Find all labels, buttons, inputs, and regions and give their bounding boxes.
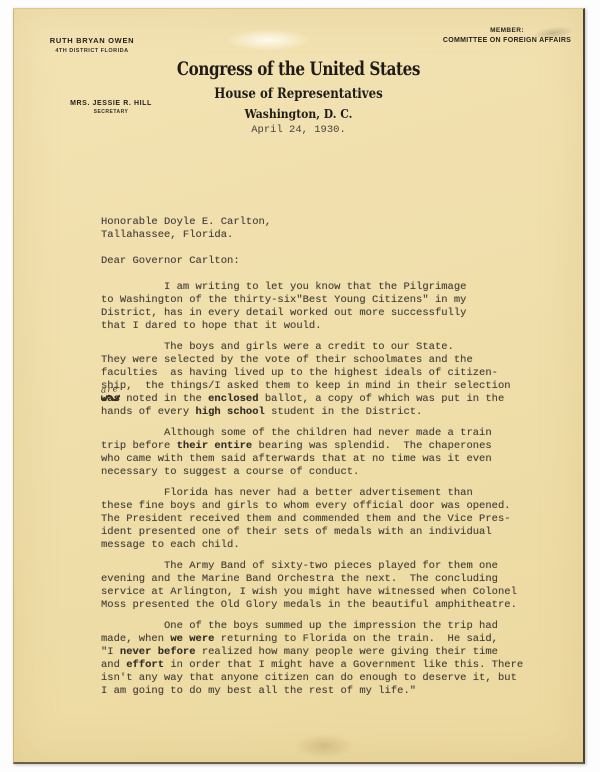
letter-body: Honorable Doyle E. Carlton,Tallahassee, … (101, 216, 546, 698)
typed-line: They were selected by the vote of their … (101, 354, 546, 367)
letterhead-heading: Congress of the United States House of R… (14, 57, 583, 137)
typed-line: I am writing to let you know that the Pi… (101, 281, 546, 294)
paragraph: I am writing to let you know that the Pi… (101, 281, 546, 333)
typed-line: Florida has never had a better advertise… (101, 487, 546, 500)
typed-line: I am going to do my best all the rest of… (101, 685, 546, 698)
typed-line: District, has in every detail worked out… (101, 307, 546, 320)
typed-line: trip before their entire bearing was spl… (101, 440, 546, 453)
typed-line: that I dared to hope that it would. (101, 320, 546, 333)
typed-line: made, when we were returning to Florida … (101, 633, 546, 646)
typed-line: ship, the things/I asked them to keep in… (101, 380, 546, 393)
typed-line: these fine boys and girls to whom every … (101, 500, 546, 513)
address-block: Honorable Doyle E. Carlton,Tallahassee, … (101, 216, 546, 242)
congress-title: Congress of the United States (71, 57, 526, 81)
correction: arewas (101, 393, 120, 406)
representative-name: RUTH BRYAN OWEN (22, 36, 162, 45)
letterhead-representative-block: RUTH BRYAN OWEN 4th District Florida (22, 36, 162, 54)
typed-line: service at Arlington, I wish you might h… (101, 586, 546, 599)
typed-line: who came with them said afterwards that … (101, 453, 546, 466)
typed-line: faculties as having lived up to the high… (101, 367, 546, 380)
paragraphs: I am writing to let you know that the Pi… (101, 281, 546, 698)
typed-line: One of the boys summed up the impression… (101, 620, 546, 633)
salutation: Dear Governor Carlton: (101, 255, 546, 268)
typed-line: The Army Band of sixty-two pieces played… (101, 560, 546, 573)
typed-line: Although some of the children had never … (101, 427, 546, 440)
address-line: Honorable Doyle E. Carlton, (101, 216, 546, 229)
paragraph: Although some of the children had never … (101, 427, 546, 479)
paragraph: The boys and girls were a credit to our … (101, 341, 546, 419)
house-subtitle: House of Representatives (60, 84, 538, 104)
paper-glare-spot (226, 29, 311, 51)
bottom-smudge (294, 734, 354, 758)
handwritten-insertion: are (100, 383, 119, 398)
paragraph: One of the boys summed up the impression… (101, 620, 546, 698)
typed-line: and effort in order that I might have a … (101, 659, 546, 672)
typed-line: hands of every high school student in th… (101, 406, 546, 419)
typed-line: to Washington of the thirty-six"Best You… (101, 294, 546, 307)
representative-district: 4th District Florida (22, 48, 162, 54)
typed-line: The President received them and commende… (101, 513, 546, 526)
paragraph: The Army Band of sixty-two pieces played… (101, 560, 546, 612)
typed-line: The boys and girls were a credit to our … (101, 341, 546, 354)
paragraph: Florida has never had a better advertise… (101, 487, 546, 552)
committee-name: COMMITTEE ON FOREIGN AFFAIRS (434, 37, 580, 44)
typed-line: evening and the Marine Band Orchestra th… (101, 573, 546, 586)
typed-line: Moss presented the Old Glory medals in t… (101, 599, 546, 612)
typed-line: message to each child. (101, 539, 546, 552)
letter-paper: RUTH BRYAN OWEN 4th District Florida Mrs… (13, 8, 585, 764)
typed-line: ident presented one of their sets of med… (101, 526, 546, 539)
typed-line: arewas noted in the enclosed ballot, a c… (101, 393, 546, 406)
letterhead-committee-block: MEMBER: COMMITTEE ON FOREIGN AFFAIRS (434, 27, 580, 44)
typed-line: necessary to suggest a course of conduct… (101, 466, 546, 479)
member-label: MEMBER: (434, 27, 580, 34)
typed-line: "I never before realized how many people… (101, 646, 546, 659)
city-line: Washington, D. C. (42, 106, 554, 122)
address-line: Tallahassee, Florida. (101, 229, 546, 242)
date-line: April 24, 1930. (14, 123, 583, 137)
typed-line: isn't any way that anyone citizen can do… (101, 672, 546, 685)
